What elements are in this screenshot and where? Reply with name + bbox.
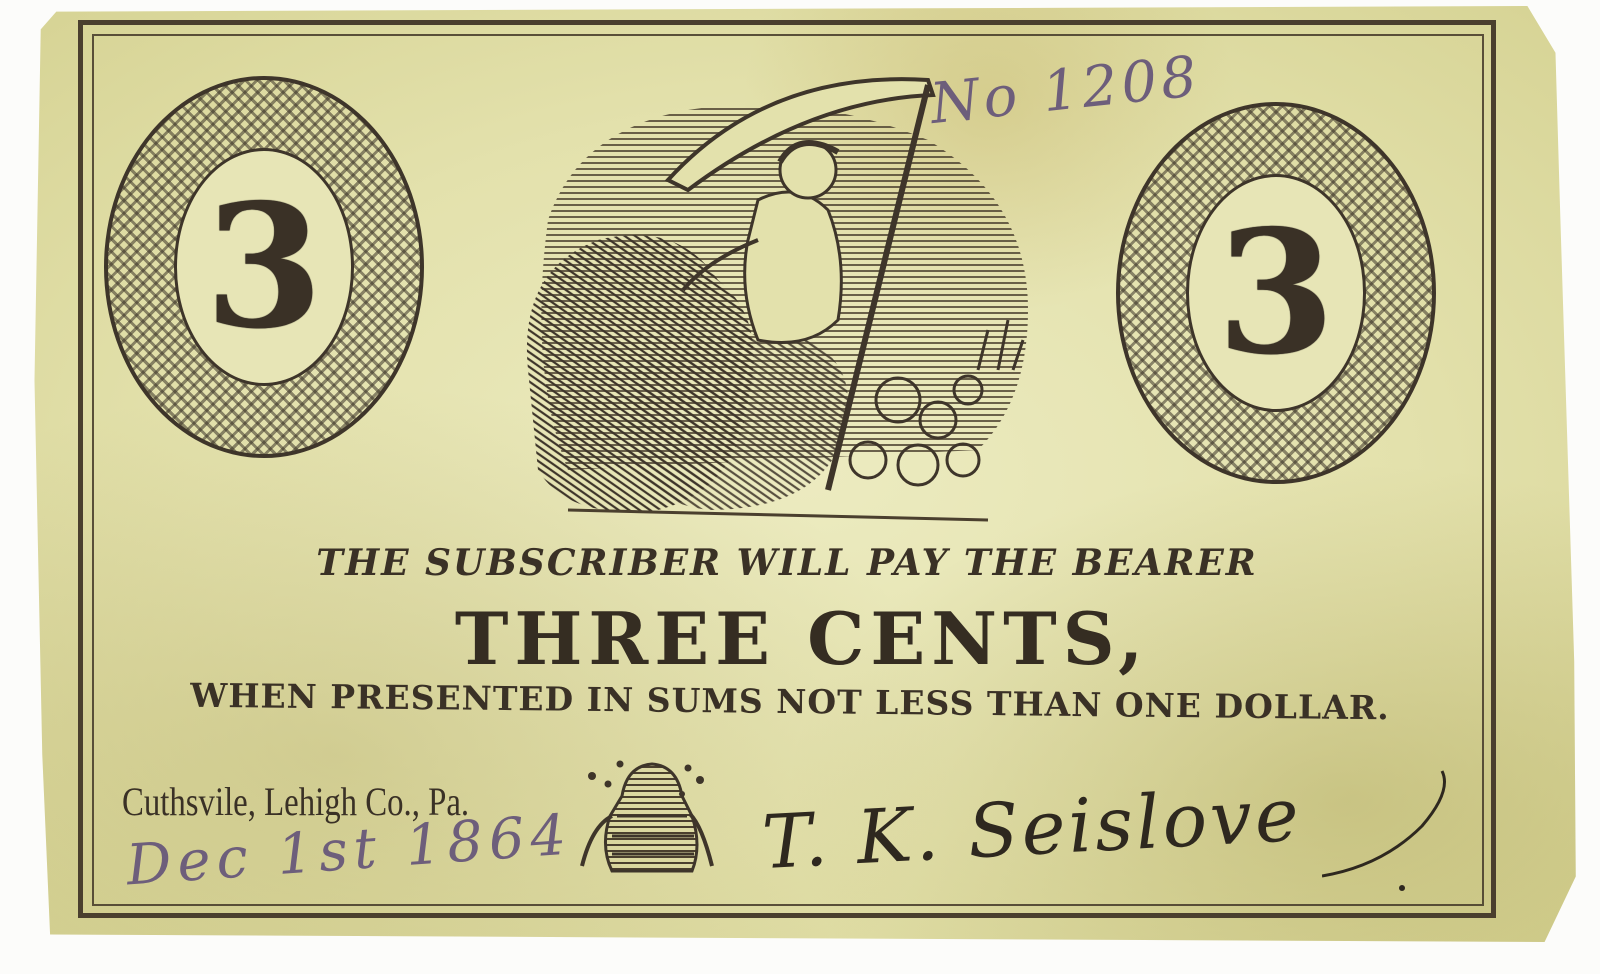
denomination-oval-left: 3	[104, 76, 424, 458]
beehive-icon	[572, 746, 722, 886]
denomination-numeral-left: 3	[205, 182, 323, 352]
denomination-numeral-right: 3	[1217, 208, 1335, 378]
amount-text: THREE CENTS,	[322, 596, 1282, 681]
scan-canvas: 3 3	[0, 0, 1600, 974]
denomination-oval-right-center: 3	[1186, 174, 1367, 412]
signature-flourish-icon	[1322, 766, 1462, 896]
harvest-figure-vignette-icon	[508, 70, 1048, 540]
obligation-text: THE SUBSCRIBER WILL PAY THE BEARER	[172, 542, 1402, 584]
denomination-oval-right: 3	[1116, 102, 1436, 484]
denomination-oval-left-center: 3	[174, 148, 355, 386]
scrip-note: 3 3	[22, 6, 1582, 942]
